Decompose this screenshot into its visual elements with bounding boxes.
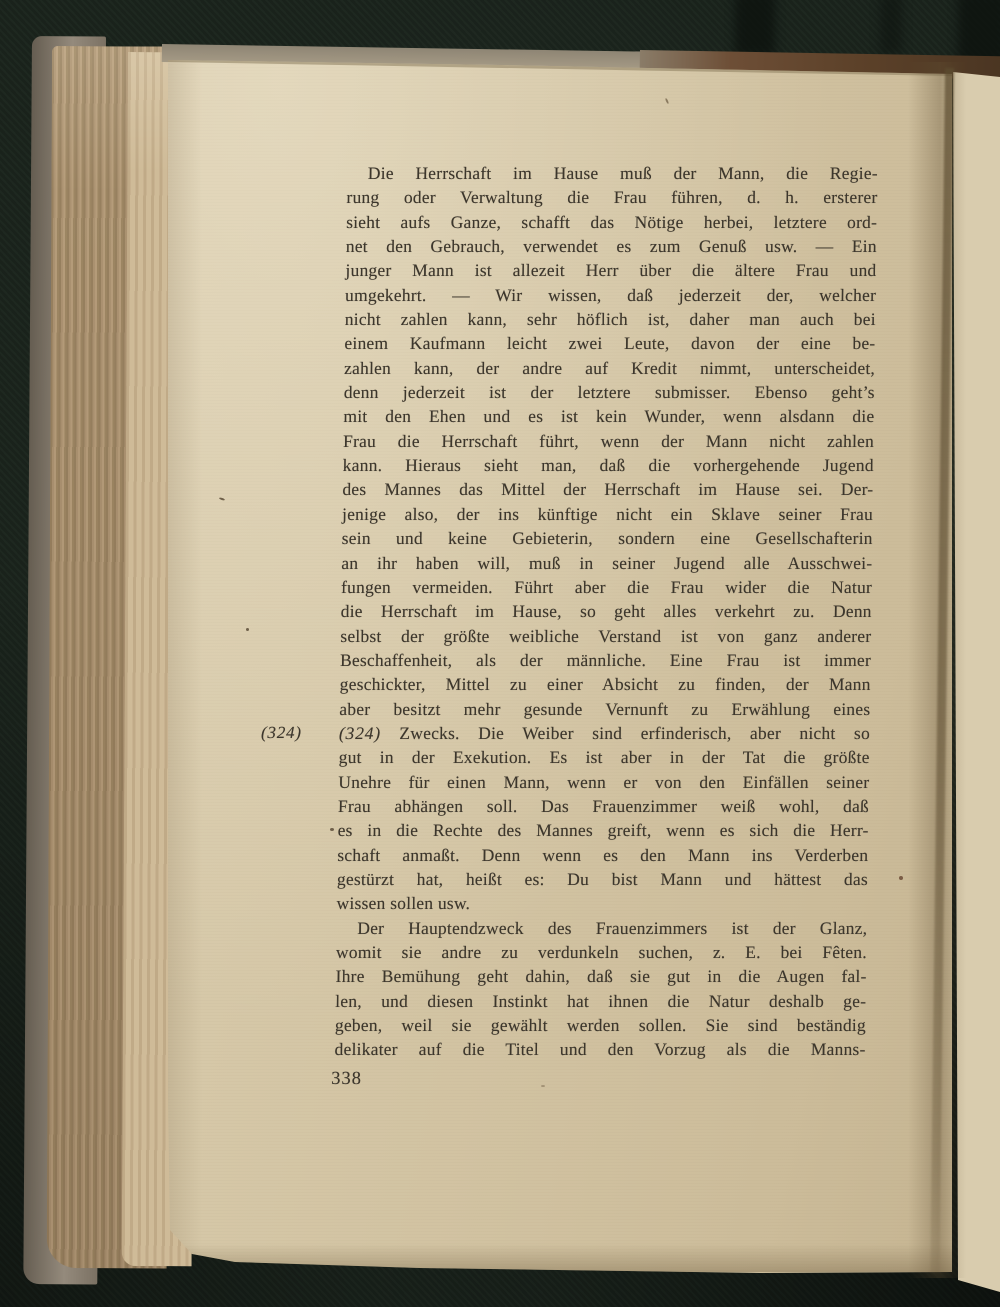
text-line: denn jederzeit ist der letztere submisse… xyxy=(344,380,875,404)
text-line: net den Gebrauch, verwendet es zum Genuß… xyxy=(346,234,877,258)
body-text: Die Herrschaft im Hause muß der Mann, di… xyxy=(334,161,878,1062)
text-line: des Mannes das Mittel der Herrschaft im … xyxy=(342,477,873,501)
text-line: delikater auf die Titel und den Vorzug a… xyxy=(334,1037,865,1061)
backdrop-fold-shadow xyxy=(880,0,902,54)
text-line: Frau die Herrschaft führt, wenn der Mann… xyxy=(343,429,874,453)
text-line: geschickter, Mittel zu einer Absicht zu … xyxy=(340,672,871,696)
text-line: Die Herrschaft im Hause muß der Mann, di… xyxy=(347,161,878,185)
text-line: nicht zahlen kann, sehr höflich ist, dah… xyxy=(345,307,876,331)
text-line: kann. Hieraus sieht man, daß die vorherg… xyxy=(343,453,874,477)
text-line: zahlen kann, der andre auf Kredit nimmt,… xyxy=(344,356,875,380)
text-line: Beschaffenheit, als der männliche. Eine … xyxy=(340,648,871,672)
text-line: jenige also, der ins künftige nicht ein … xyxy=(342,502,873,526)
text-line: schaft anmaßt. Denn wenn es den Mann ins… xyxy=(337,843,868,867)
text-line: mit den Ehen und es ist kein Wunder, wen… xyxy=(343,404,874,428)
text-line: gestürzt hat, heißt es: Du bist Mann und… xyxy=(337,867,868,891)
text-line: sein und keine Gebieterin, sondern eine … xyxy=(342,526,873,550)
text-line: sieht aufs Ganze, schafft das Nötige her… xyxy=(346,210,877,234)
text-line: es in die Rechte des Mannes greift, wenn… xyxy=(337,818,868,842)
page-left-shading xyxy=(168,60,202,1260)
text-line: rung oder Verwaltung die Frau führen, d.… xyxy=(346,185,877,209)
page-number: 338 xyxy=(331,1067,362,1091)
text-line: (324) Zwecks. Die Weiber sind erfinderis… xyxy=(339,721,870,745)
text-line: gut in der Exekution. Es ist aber in der… xyxy=(339,745,870,769)
text-line: fungen vermeiden. Führt aber die Frau wi… xyxy=(341,575,872,599)
text-line: aber besitzt mehr gesunde Vernunft zu Er… xyxy=(339,697,870,721)
text-line: Frau abhängen soll. Das Frauenzimmer wei… xyxy=(338,794,869,818)
text-line: wissen sollen usw. xyxy=(336,891,867,915)
backdrop-fold-shadow xyxy=(735,0,775,56)
text-line: len, und diesen Instinkt hat ihnen die N… xyxy=(335,989,866,1013)
margin-note: (324) xyxy=(261,721,302,745)
scan-speck xyxy=(899,876,903,880)
scan-speck xyxy=(246,628,249,631)
text-line: umgekehrt. — Wir wissen, daß jederzeit d… xyxy=(345,283,876,307)
text-line: die Herrschaft im Hause, so geht alles v… xyxy=(341,599,872,623)
text-line: Unehre für einen Mann, wenn er von den E… xyxy=(338,770,869,794)
scan-speck xyxy=(541,1085,545,1087)
text-line: selbst der größte weibliche Verstand ist… xyxy=(340,624,871,648)
inline-reference-number: (324) xyxy=(339,723,381,743)
text-block: (324) Die Herrschaft im Hause muß der Ma… xyxy=(334,161,878,1062)
text-line: Ihre Bemühung geht dahin, daß sie gut in… xyxy=(335,964,866,988)
scan-speck xyxy=(219,497,225,501)
text-line: junger Mann ist allezeit Herr über die ä… xyxy=(345,258,876,282)
scan-speck xyxy=(330,828,334,831)
scan-speck xyxy=(665,98,669,104)
text-line: womit sie andre zu verdunkeln suchen, z.… xyxy=(336,940,867,964)
text-line: an ihr haben will, muß in seiner Jugend … xyxy=(341,551,872,575)
text-line: einem Kaufmann leicht zwei Leute, davon … xyxy=(344,331,875,355)
text-line: Der Hauptendzweck des Frauenzimmers ist … xyxy=(336,916,867,940)
text-line: geben, weil sie gewählt werden sollen. S… xyxy=(335,1013,866,1037)
